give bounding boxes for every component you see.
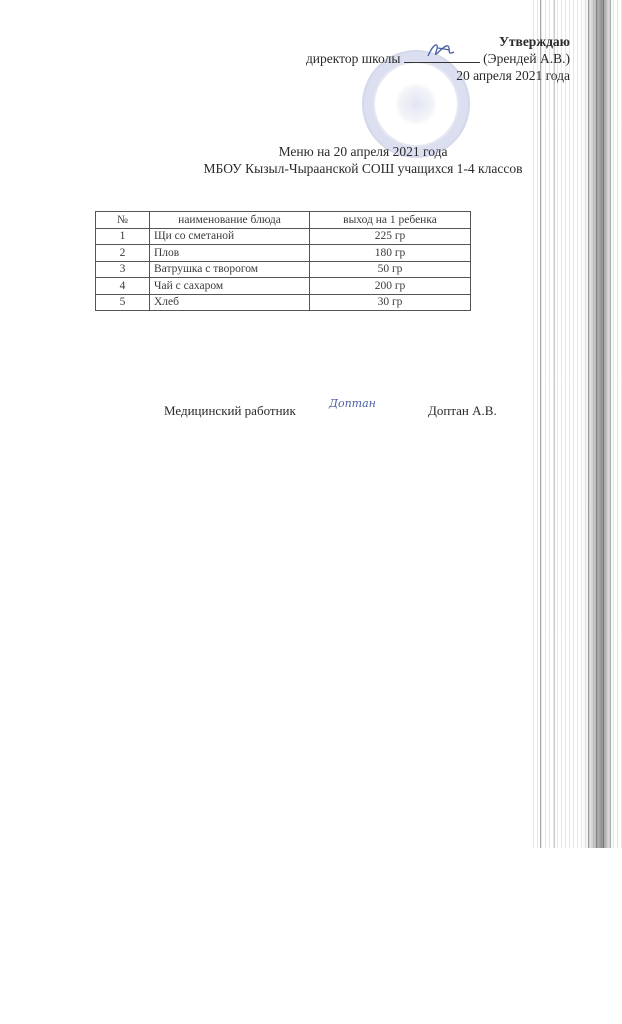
director-line: директор школы (Эрендей А.В.) (306, 50, 570, 67)
medic-name: Доптан А.В. (428, 403, 497, 419)
table-row: 1 Щи со сметаной 225 гр (96, 228, 471, 245)
row-number: 5 (96, 294, 150, 311)
menu-title: Меню на 20 апреля 2021 года (52, 143, 622, 160)
table-row: 3 Ватрушка с творогом 50 гр (96, 261, 471, 278)
row-portion: 180 гр (310, 245, 471, 262)
header-number: № (96, 212, 150, 229)
director-name: (Эрендей А.В.) (483, 51, 570, 66)
director-position: директор школы (306, 51, 400, 66)
approval-block: Утверждаю директор школы (Эрендей А.В.) … (306, 33, 570, 84)
row-dish: Чай с сахаром (150, 278, 310, 295)
scan-artifact-strip (530, 0, 622, 848)
row-portion: 200 гр (310, 278, 471, 295)
row-dish: Плов (150, 245, 310, 262)
table-row: 2 Плов 180 гр (96, 245, 471, 262)
header-portion: выход на 1 ребенка (310, 212, 471, 229)
row-dish: Щи со сметаной (150, 228, 310, 245)
row-number: 1 (96, 228, 150, 245)
row-number: 2 (96, 245, 150, 262)
school-subtitle: МБОУ Кызыл-Чыраанской СОШ учащихся 1-4 к… (52, 160, 622, 177)
menu-table: № наименование блюда выход на 1 ребенка … (95, 211, 471, 311)
document-heading: Меню на 20 апреля 2021 года МБОУ Кызыл-Ч… (0, 143, 622, 177)
director-signature-icon (424, 40, 460, 62)
medic-label: Медицинский работник (164, 403, 296, 419)
medic-signature: Доптан (329, 397, 376, 410)
coat-of-arms-icon (396, 82, 436, 126)
row-number: 4 (96, 278, 150, 295)
row-dish: Ватрушка с творогом (150, 261, 310, 278)
approval-date: 20 апреля 2021 года (306, 67, 570, 84)
director-signature-line (404, 50, 480, 63)
row-dish: Хлеб (150, 294, 310, 311)
medic-signature-block: Медицинский работник Доптан Доптан А.В. (164, 403, 504, 423)
row-portion: 50 гр (310, 261, 471, 278)
table-row: 5 Хлеб 30 гр (96, 294, 471, 311)
row-portion: 30 гр (310, 294, 471, 311)
table-row: 4 Чай с сахаром 200 гр (96, 278, 471, 295)
header-dish: наименование блюда (150, 212, 310, 229)
row-portion: 225 гр (310, 228, 471, 245)
table-header-row: № наименование блюда выход на 1 ребенка (96, 212, 471, 229)
row-number: 3 (96, 261, 150, 278)
